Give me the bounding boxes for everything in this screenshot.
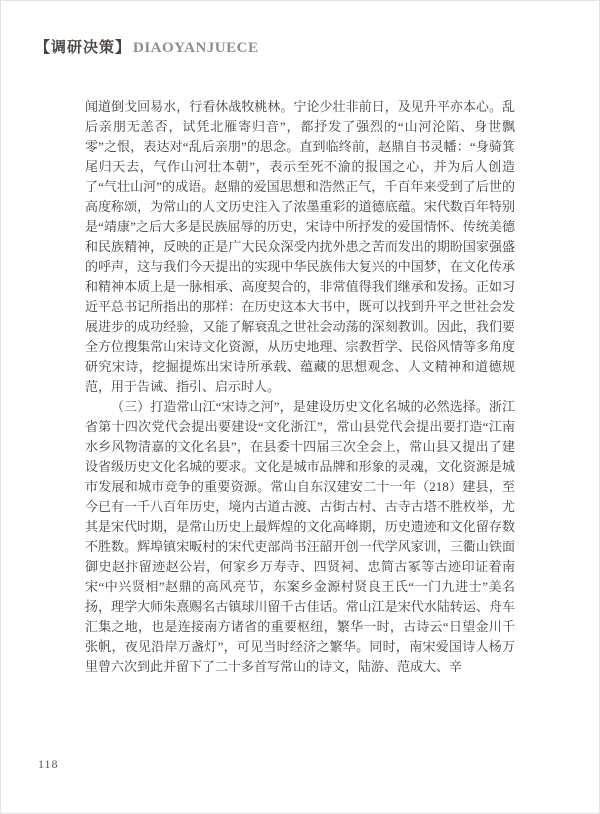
body-text-block: 闻道倒戈回易水，行看休战牧桃林。宁论少壮非前日，及见升平亦本心。乱后亲朋无恙否，… [85, 97, 515, 677]
page-footer: 118 [38, 755, 59, 773]
paragraph-section-three: （三）打造常山江“宋诗之河”，是建设历史文化名城的必然选择。浙江省第十四次党代会… [85, 397, 515, 677]
document-page: 【调研决策】DIAOYANJUECE 闻道倒戈回易水，行看休战牧桃林。宁论少壮非… [0, 0, 600, 814]
page-header: 【调研决策】DIAOYANJUECE [35, 36, 258, 57]
journal-section-title: 【调研决策】 [35, 40, 131, 56]
paragraph-continuation: 闻道倒戈回易水，行看休战牧桃林。宁论少壮非前日，及见升平亦本心。乱后亲朋无恙否，… [85, 97, 515, 397]
journal-section-title-romanized: DIAOYANJUECE [133, 40, 258, 56]
page-number: 118 [38, 757, 59, 771]
